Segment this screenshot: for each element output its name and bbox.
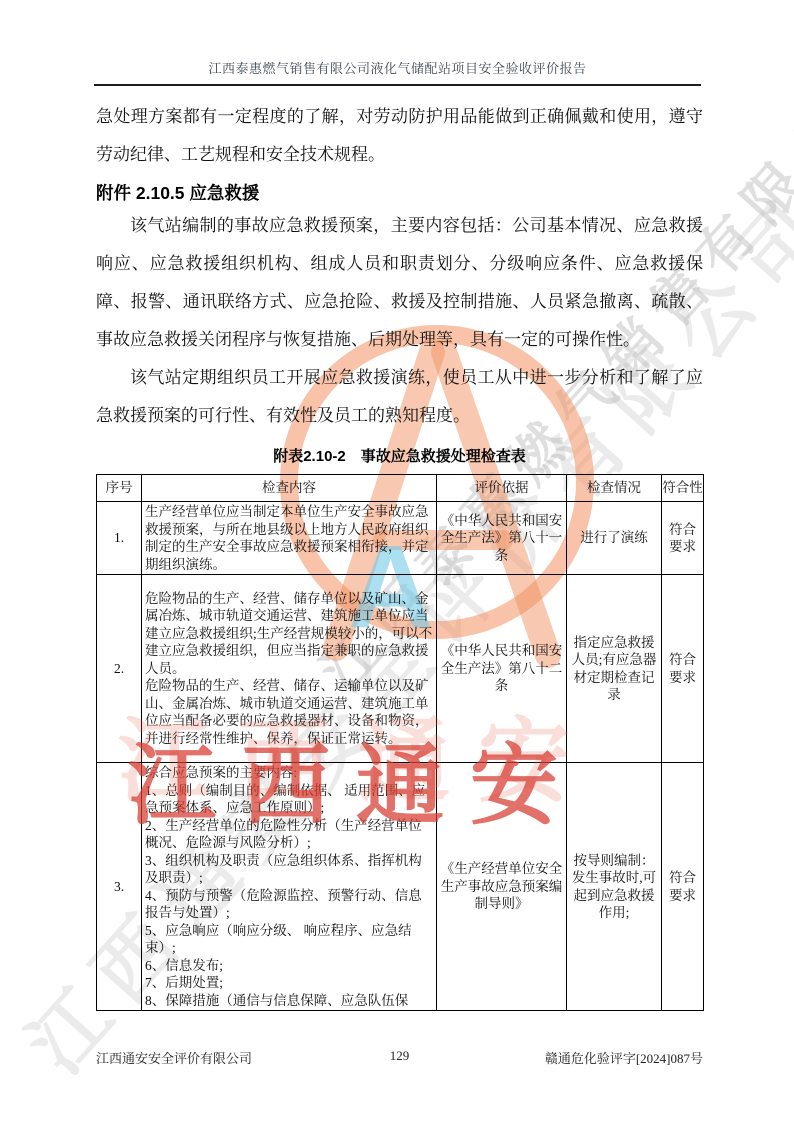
body-paragraph: 急处理方案都有一定程度的了解，对劳动防护用品能做到正确佩戴和使用，遵守劳动纪律、… xyxy=(96,98,703,174)
body-paragraph: 该气站编制的事故应急救援预案，主要内容包括：公司基本情况、应急救援响应、应急救援… xyxy=(96,207,703,359)
body-paragraph: 该气站定期组织员工开展应急救援演练，使员工从中进一步分析和了解了应急救援预案的可… xyxy=(96,359,703,435)
content-line: 4、预防与预警（危险源监控、预警行动、信息报告与处置）; xyxy=(145,887,433,922)
content-paragraph: 危险物品的生产、经营、储存单位以及矿山、金属冶炼、城市轨道交通运营、建筑施工单位… xyxy=(145,590,433,678)
seq-cell: 1. xyxy=(97,502,142,575)
content-line: 8、保障措施（通信与信息保障、应急队伍保 xyxy=(145,992,433,1010)
table-row: 1. 生产经营单位应当制定本单位生产安全事故应急救援预案，与所在地县级以上地方人… xyxy=(97,502,704,575)
document-content: 江西泰惠燃气销售有限公司液化气储配站项目安全验收评价报告 急处理方案都有一定程度… xyxy=(0,0,794,1123)
column-header-basis: 评价依据 xyxy=(437,475,567,502)
content-cell: 危险物品的生产、经营、储存单位以及矿山、金属冶炼、城市轨道交通运营、建筑施工单位… xyxy=(142,575,437,763)
seq-cell: 2. xyxy=(97,575,142,763)
content-line: 1、总则（编制目的、编制依据、 适用范围、应急预案体系、应急工作原则）; xyxy=(145,782,433,817)
report-page: 江西泰惠燃气销售有限公司 江西通安安全评价有限公司 A 江西泰惠燃气销售有限公司… xyxy=(0,0,794,1123)
header-divider xyxy=(94,84,701,86)
conformity-cell: 符合要求 xyxy=(662,502,704,575)
content-cell: 综合应急预案的主要内容: 1、总则（编制目的、编制依据、 适用范围、应急预案体系… xyxy=(142,763,437,1011)
content-line: 6、信息发布; xyxy=(145,957,433,975)
table-caption: 附表2.10-2 事故应急救援处理检查表 xyxy=(96,445,703,466)
main-content: 急处理方案都有一定程度的了解，对劳动防护用品能做到正确佩戴和使用，遵守劳动纪律、… xyxy=(96,98,703,1011)
footer-page-number: 129 xyxy=(390,1048,410,1064)
basis-cell: 《中华人民共和国安全生产法》第八十一条 xyxy=(437,502,567,575)
column-header-situation: 检查情况 xyxy=(567,475,662,502)
content-line: 5、应急响应（响应分级、 响应程序、应急结束）; xyxy=(145,922,433,957)
content-line: 2、生产经营单位的危险性分析（生产经营单位概况、危险源与风险分析）; xyxy=(145,817,433,852)
basis-cell: 《中华人民共和国安全生产法》第八十二条 xyxy=(437,575,567,763)
situation-cell: 进行了演练 xyxy=(567,502,662,575)
column-header-seq: 序号 xyxy=(97,475,142,502)
seq-cell: 3. xyxy=(97,763,142,1011)
table-row: 2. 危险物品的生产、经营、储存单位以及矿山、金属冶炼、城市轨道交通运营、建筑施… xyxy=(97,575,704,763)
column-header-content: 检查内容 xyxy=(142,475,437,502)
content-cell: 生产经营单位应当制定本单位生产安全事故应急救援预案，与所在地县级以上地方人民政府… xyxy=(142,502,437,575)
page-header-title: 江西泰惠燃气销售有限公司液化气储配站项目安全验收评价报告 xyxy=(94,58,701,77)
column-header-conformity: 符合性 xyxy=(662,475,704,502)
content-line: 3、组织机构及职责（应急组织体系、指挥机构及职责）; xyxy=(145,852,433,887)
footer-document-number: 赣通危化验评字[2024]087号 xyxy=(545,1048,703,1067)
inspection-table: 序号 检查内容 评价依据 检查情况 符合性 1. 生产经营单位应当制定本单位生产… xyxy=(96,474,704,1011)
table-header-row: 序号 检查内容 评价依据 检查情况 符合性 xyxy=(97,475,704,502)
section-heading: 附件 2.10.5 应急救援 xyxy=(96,180,703,205)
conformity-cell: 符合要求 xyxy=(662,763,704,1011)
situation-cell: 指定应急救援人员;有应急器材定期检查记录 xyxy=(567,575,662,763)
basis-cell: 《生产经营单位安全生产事故应急预案编制导则》 xyxy=(437,763,567,1011)
conformity-cell: 符合要求 xyxy=(662,575,704,763)
footer-company-name: 江西通安安全评价有限公司 xyxy=(96,1048,252,1067)
content-line: 综合应急预案的主要内容: xyxy=(145,764,433,782)
content-line: 7、后期处置; xyxy=(145,974,433,992)
situation-cell: 按导则编制：发生事故时,可起到应急救援作用; xyxy=(567,763,662,1011)
table-row: 3. 综合应急预案的主要内容: 1、总则（编制目的、编制依据、 适用范围、应急预… xyxy=(97,763,704,1011)
content-paragraph: 危险物品的生产、经营、储存、运输单位以及矿山、金属冶炼、城市轨道交通运营、建筑施… xyxy=(145,677,433,747)
